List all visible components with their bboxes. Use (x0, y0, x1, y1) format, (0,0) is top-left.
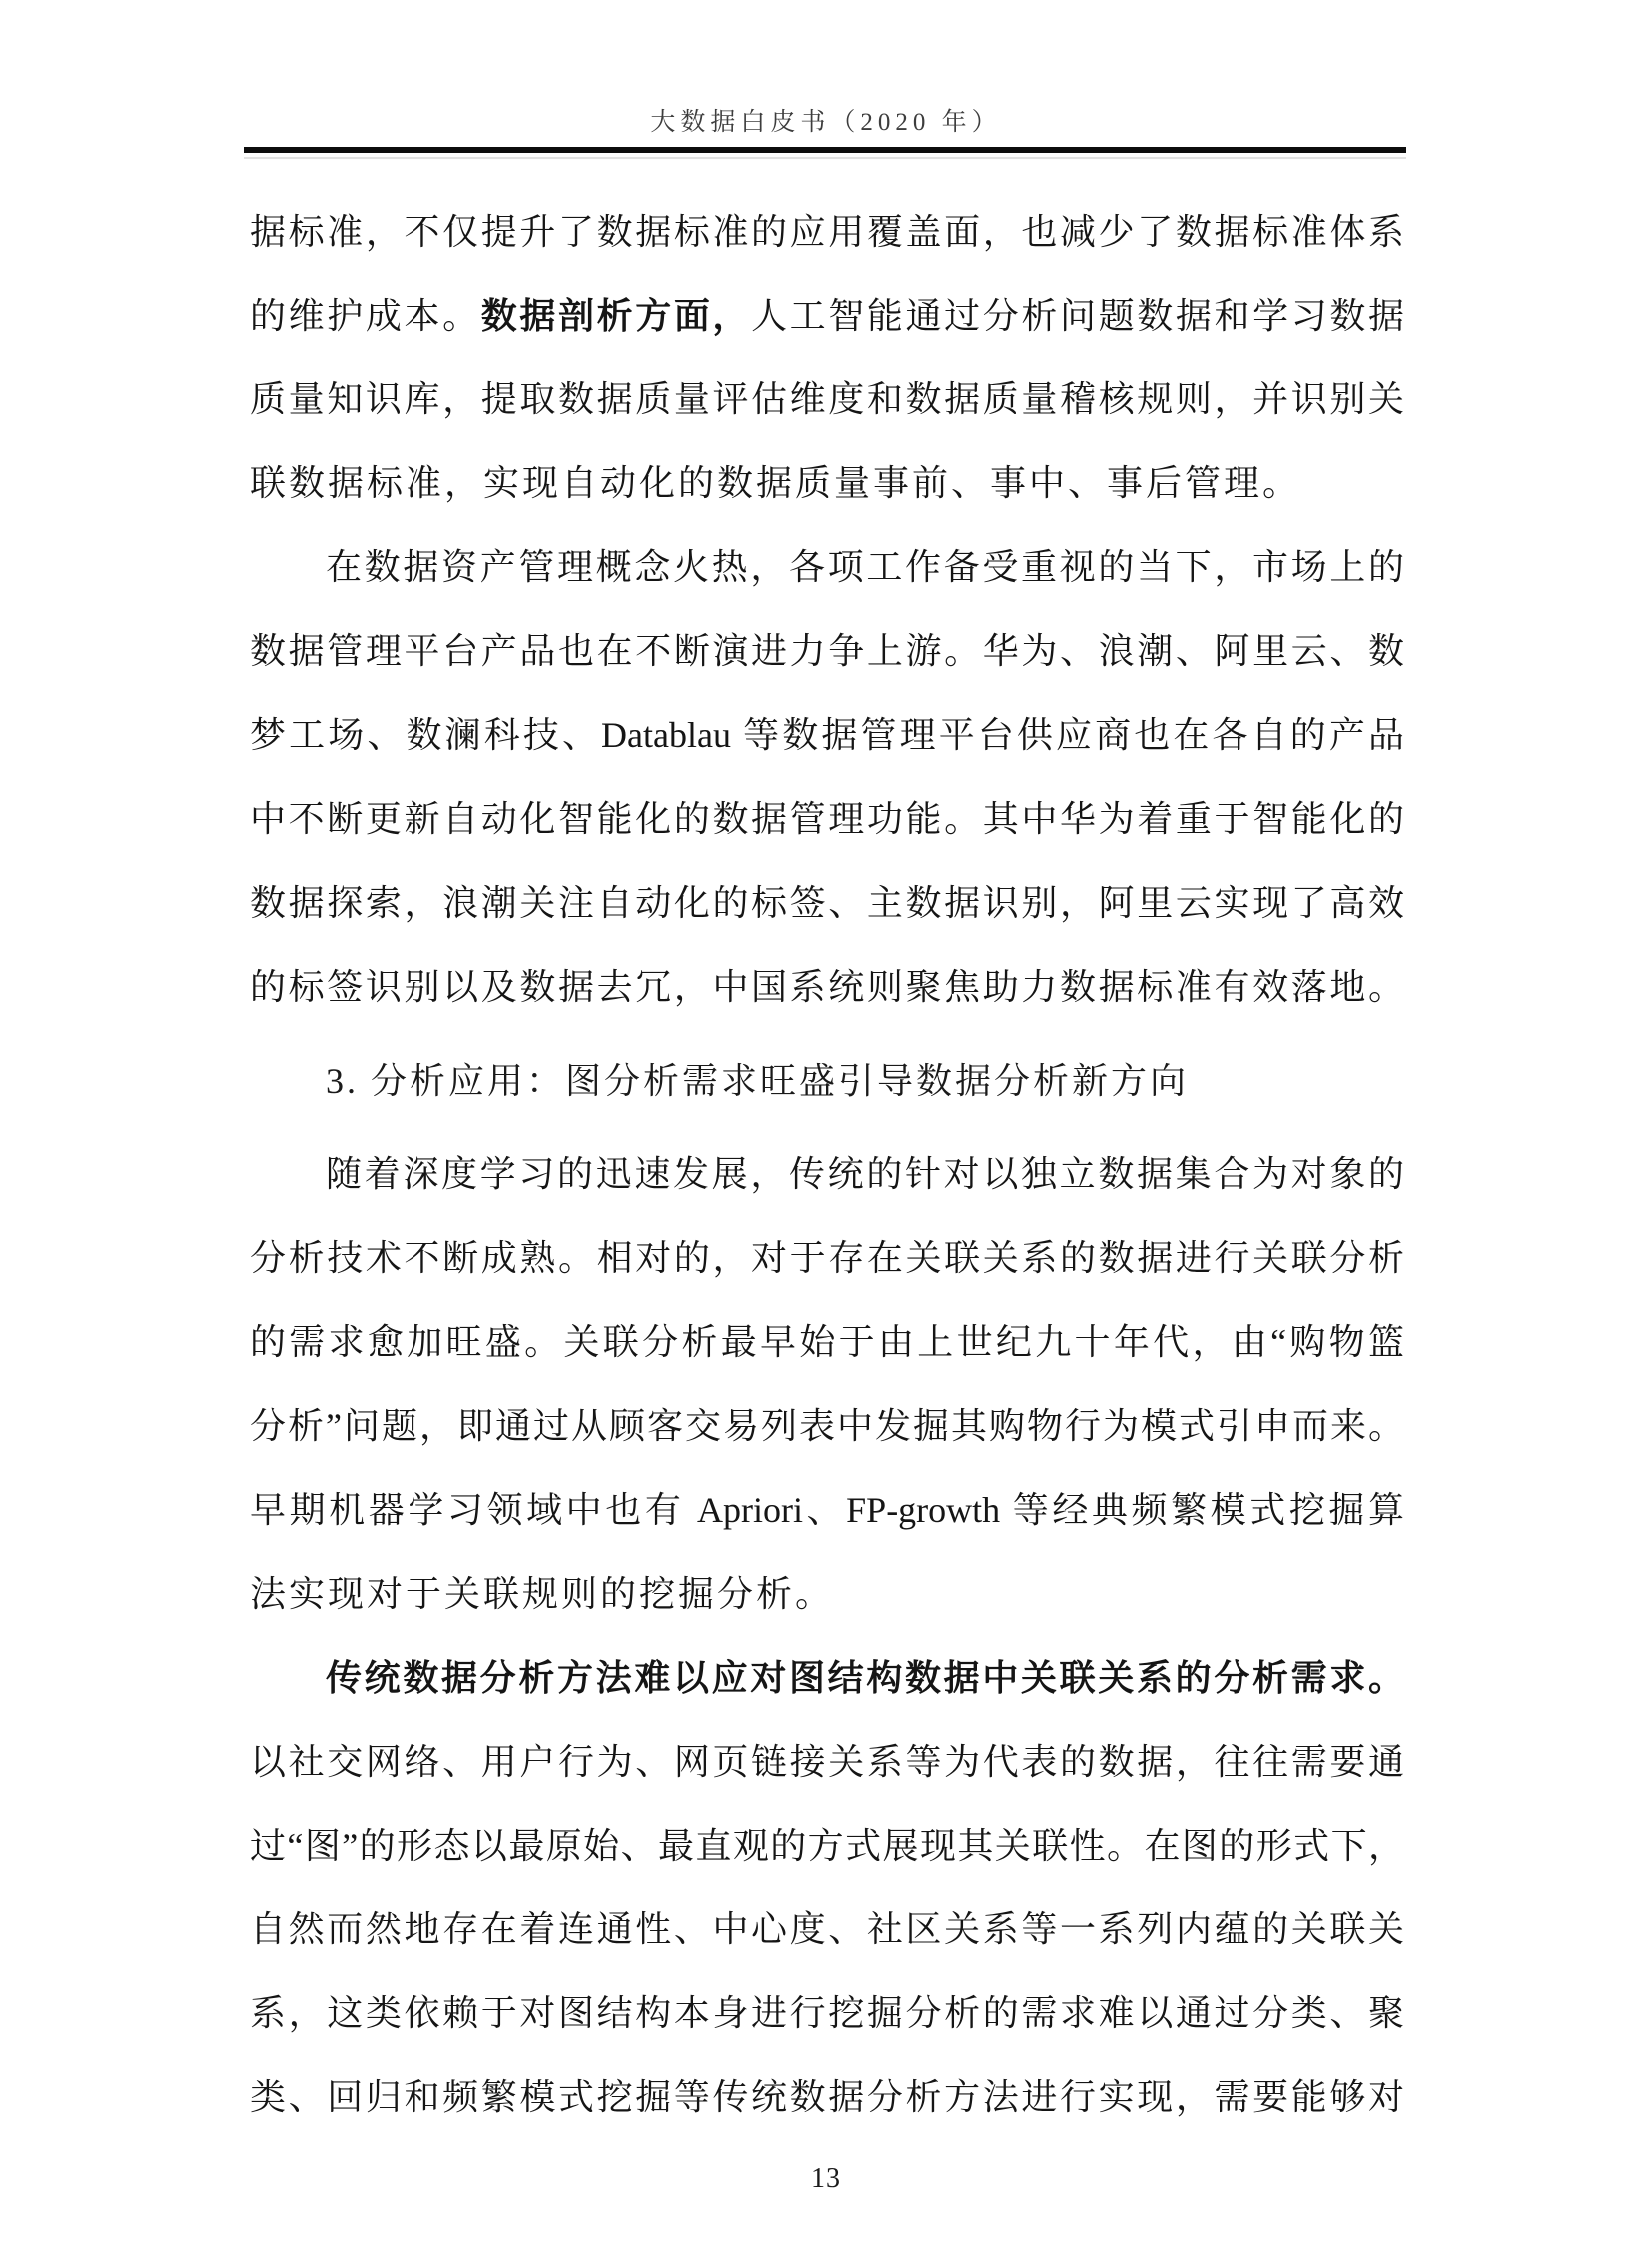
body-text-run: 的需求愈加旺盛。关联分析最早始于由上世纪九十年代，由“购物篮 (250, 1322, 1404, 1362)
body-text-run: 随着深度学习的迅速发展，传统的针对以独立数据集合为对象的 (326, 1154, 1404, 1194)
body-text-run: 数据管理平台产品也在不断演进力争上游。华为、浪潮、阿里云、数 (250, 631, 1404, 671)
para1-line1: 据标准，不仅提升了数据标准的应用覆盖面，也减少了数据标准体系 (250, 190, 1404, 274)
body-text-run: 质量知识库，提取数据质量评估维度和数据质量稽核规则，并识别关 (250, 379, 1404, 419)
para3-line6: 法实现对于关联规则的挖掘分析。 (250, 1552, 1404, 1636)
page-footer: 13 (0, 2163, 1652, 2195)
para3-line3: 的需求愈加旺盛。关联分析最早始于由上世纪九十年代，由“购物篮 (250, 1300, 1404, 1384)
para2-line1: 在数据资产管理概念火热，各项工作备受重视的当下，市场上的 (250, 525, 1404, 609)
page-body: 据标准，不仅提升了数据标准的应用覆盖面，也减少了数据标准体系 的维护成本。数据剖… (250, 190, 1404, 2139)
para3-line4: 分析”问题，即通过从顾客交易列表中发掘其购物行为模式引申而来。 (250, 1384, 1404, 1468)
para4-line3: 过“图”的形态以最原始、最直观的方式展现其关联性。在图的形式下， (250, 1804, 1404, 1887)
body-text-run: 据标准，不仅提升了数据标准的应用覆盖面，也减少了数据标准体系 (250, 212, 1404, 252)
body-text-run: 法实现对于关联规则的挖掘分析。 (250, 1574, 834, 1614)
body-text-run: 分析技术不断成熟。相对的，对于存在关联关系的数据进行关联分析 (250, 1238, 1404, 1278)
header-rule-shadow (244, 157, 1406, 159)
para3-line1: 随着深度学习的迅速发展，传统的针对以独立数据集合为对象的 (250, 1132, 1404, 1216)
para2-line5: 数据探索，浪潮关注自动化的标签、主数据识别，阿里云实现了高效 (250, 861, 1404, 945)
body-text-run: 早期机器学习领域中也有 Apriori、FP-growth 等经典频繁模式挖掘算 (250, 1490, 1404, 1530)
section-heading: 3. 分析应用：图分析需求旺盛引导数据分析新方向 (250, 1029, 1404, 1132)
body-text-run: 的维护成本。 (250, 296, 481, 336)
para1-line4: 联数据标准，实现自动化的数据质量事前、事中、事后管理。 (250, 441, 1404, 525)
body-text-run: 系，这类依赖于对图结构本身进行挖掘分析的需求难以通过分类、聚 (250, 1993, 1404, 2033)
body-text-run: 以社交网络、用户行为、网页链接关系等为代表的数据，往往需要通 (250, 1742, 1404, 1782)
para4-line5: 系，这类依赖于对图结构本身进行挖掘分析的需求难以通过分类、聚 (250, 1971, 1404, 2055)
body-text-run: 的标签识别以及数据去冗，中国系统则聚焦助力数据标准有效落地。 (250, 967, 1404, 1007)
para1-line3: 质量知识库，提取数据质量评估维度和数据质量稽核规则，并识别关 (250, 358, 1404, 441)
body-text-run: 类、回归和频繁模式挖掘等传统数据分析方法进行实现，需要能够对 (250, 2077, 1404, 2117)
body-text-run: 中不断更新自动化智能化的数据管理功能。其中华为着重于智能化的 (250, 799, 1404, 839)
body-text-run: 联数据标准，实现自动化的数据质量事前、事中、事后管理。 (250, 463, 1301, 503)
para4-line2: 以社交网络、用户行为、网页链接关系等为代表的数据，往往需要通 (250, 1720, 1404, 1804)
para4-line4: 自然而然地存在着连通性、中心度、社区关系等一系列内蕴的关联关 (250, 1887, 1404, 1971)
running-header-title: 大数据白皮书（2020 年） (0, 102, 1652, 138)
para3-line5: 早期机器学习领域中也有 Apriori、FP-growth 等经典频繁模式挖掘算 (250, 1468, 1404, 1552)
para2-line2: 数据管理平台产品也在不断演进力争上游。华为、浪潮、阿里云、数 (250, 609, 1404, 693)
para2-line6: 的标签识别以及数据去冗，中国系统则聚焦助力数据标准有效落地。 (250, 945, 1404, 1029)
bold-run: 传统数据分析方法难以应对图结构数据中关联关系的分析需求。 (326, 1657, 1404, 1698)
body-text-run: 人工智能通过分析问题数据和学习数据 (751, 296, 1404, 336)
para2-line4: 中不断更新自动化智能化的数据管理功能。其中华为着重于智能化的 (250, 777, 1404, 861)
para3-line2: 分析技术不断成熟。相对的，对于存在关联关系的数据进行关联分析 (250, 1216, 1404, 1300)
body-text-run: 数据探索，浪潮关注自动化的标签、主数据识别，阿里云实现了高效 (250, 883, 1404, 923)
header-rule (244, 147, 1406, 153)
page-number: 13 (811, 2163, 841, 2194)
body-text-run: 分析”问题，即通过从顾客交易列表中发掘其购物行为模式引申而来。 (250, 1406, 1404, 1446)
body-text-run: 梦工场、数澜科技、Datablau 等数据管理平台供应商也在各自的产品 (250, 715, 1404, 755)
body-text-run: 在数据资产管理概念火热，各项工作备受重视的当下，市场上的 (326, 547, 1404, 587)
document-page: 大数据白皮书（2020 年） 据标准，不仅提升了数据标准的应用覆盖面，也减少了数… (0, 0, 1652, 2242)
body-text-run: 过“图”的形态以最原始、最直观的方式展现其关联性。在图的形式下， (250, 1826, 1404, 1866)
para4-line1: 传统数据分析方法难以应对图结构数据中关联关系的分析需求。 (250, 1636, 1404, 1720)
para1-line2: 的维护成本。数据剖析方面，人工智能通过分析问题数据和学习数据 (250, 274, 1404, 358)
section-heading-text: 3. 分析应用：图分析需求旺盛引导数据分析新方向 (326, 1061, 1189, 1101)
para2-line3: 梦工场、数澜科技、Datablau 等数据管理平台供应商也在各自的产品 (250, 693, 1404, 777)
bold-run: 数据剖析方面， (481, 295, 751, 336)
body-text-run: 自然而然地存在着连通性、中心度、社区关系等一系列内蕴的关联关 (250, 1909, 1404, 1949)
para4-line6: 类、回归和频繁模式挖掘等传统数据分析方法进行实现，需要能够对 (250, 2055, 1404, 2139)
